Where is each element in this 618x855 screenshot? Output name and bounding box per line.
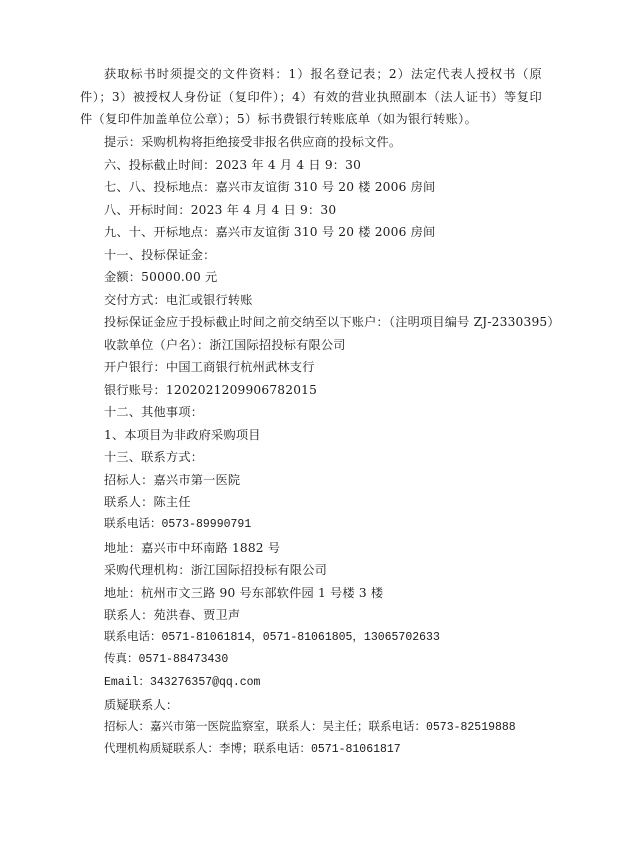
other-heading: 十二、其他事项： xyxy=(104,404,203,420)
agency-contact: 联系人：苑洪春、贾卫声 xyxy=(104,607,240,623)
deposit-heading: 十一、投标保证金： xyxy=(104,247,216,263)
deposit-payee: 收款单位（户名）：浙江国际招投标有限公司 xyxy=(104,337,346,353)
document-page: 获取标书时须提交的文件资料：1）报名登记表；2）法定代表人授权书（原件）；3）被… xyxy=(0,0,618,855)
agency-email: Email：343276357@qq.com xyxy=(104,675,260,691)
opening-time: 八、开标时间：2023 年 4 月 4 日 9：30 xyxy=(104,202,336,218)
agency-fax: 传真：0571-88473430 xyxy=(104,652,228,668)
opening-location: 九、十、开标地点：嘉兴市友谊街 310 号 20 楼 2006 房间 xyxy=(104,224,435,240)
contact-heading: 十三、联系方式： xyxy=(104,449,203,465)
tenderer-name: 招标人：嘉兴市第一医院 xyxy=(104,472,240,488)
tenderer-contact: 联系人：陈主任 xyxy=(104,494,191,510)
deposit-payment-method: 交付方式：电汇或银行转账 xyxy=(104,292,253,308)
notice-text: 提示：采购机构将拒绝接受非报名供应商的投标文件。 xyxy=(104,134,401,150)
agency-address: 地址：杭州市文三路 90 号东部软件园 1 号楼 3 楼 xyxy=(104,585,383,601)
tenderer-address: 地址：嘉兴市中环南路 1882 号 xyxy=(104,540,280,556)
intro-paragraph: 获取标书时须提交的文件资料：1）报名登记表；2）法定代表人授权书（原件）；3）被… xyxy=(80,63,542,131)
complaint-agency: 代理机构质疑联系人：李博；联系电话：0571-81061817 xyxy=(104,742,401,758)
deposit-instruction: 投标保证金应于投标截止时间之前交纳至以下账户：（注明项目编号 ZJ-233039… xyxy=(104,314,560,330)
deposit-account: 银行账号：1202021209906782015 xyxy=(104,382,317,398)
complaint-tenderer: 招标人：嘉兴市第一医院监察室，联系人：吴主任；联系电话：0573-8251988… xyxy=(104,720,516,736)
tenderer-phone: 联系电话：0573-89990791 xyxy=(104,517,251,533)
deposit-bank: 开户银行：中国工商银行杭州武林支行 xyxy=(104,359,315,375)
agency-name: 采购代理机构：浙江国际招投标有限公司 xyxy=(104,562,327,578)
bid-deadline: 六、投标截止时间：2023 年 4 月 4 日 9：30 xyxy=(104,157,361,173)
complaint-heading: 质疑联系人： xyxy=(104,697,178,713)
other-item-1: 1、本项目为非政府采购项目 xyxy=(104,427,261,443)
bid-location: 七、八、投标地点：嘉兴市友谊街 310 号 20 楼 2006 房间 xyxy=(104,179,435,195)
agency-phone: 联系电话：0571-81061814，0571-81061805，1306570… xyxy=(104,630,440,646)
deposit-amount: 金额：50000.00 元 xyxy=(104,269,217,285)
